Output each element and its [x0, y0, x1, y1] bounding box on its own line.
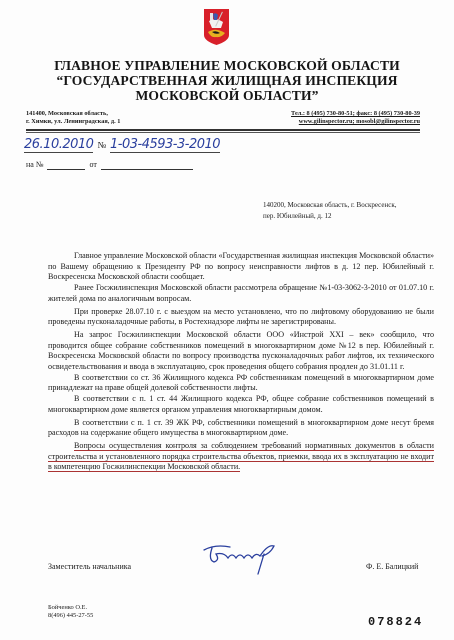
- sender-address-line: 141400, Московская область,: [26, 110, 120, 118]
- body-paragraph: Главное управление Московской области «Г…: [48, 251, 434, 283]
- letter-body: Главное управление Московской области «Г…: [48, 251, 434, 473]
- phone-fax: Тел.: 8 (495) 730-80-51; факс: 8 (495) 7…: [291, 110, 420, 118]
- from-label: от: [89, 160, 96, 169]
- header-divider-thin: [26, 132, 420, 133]
- executor-name: Бойченко О.Е.: [48, 604, 93, 612]
- org-title-line-3: МОСКОВСКОЙ ОБЛАСТИ”: [0, 88, 454, 103]
- reply-date-blank: [101, 160, 193, 170]
- recipient-address: 140200, Московская область, г. Воскресен…: [263, 200, 396, 222]
- recipient-address-line: пер. Юбилейный, д. 12: [263, 211, 396, 222]
- org-title-line-1: ГЛАВНОЕ УПРАВЛЕНИЕ МОСКОВСКОЙ ОБЛАСТИ: [0, 58, 454, 73]
- signatory-name: Ф. Е. Балицкий: [366, 562, 418, 571]
- executor-info: Бойченко О.Е. 8(496) 445-27-55: [48, 604, 93, 620]
- coat-of-arms-icon: [203, 8, 230, 46]
- sender-address-line: г. Химки, ул. Ленинградская, д. 1: [26, 118, 120, 126]
- body-paragraph: При проверке 28.07.10 г. с выездом на ме…: [48, 307, 434, 328]
- executor-phone: 8(496) 445-27-55: [48, 612, 93, 620]
- signatory-position: Заместитель начальника: [48, 562, 131, 571]
- body-paragraph: В соответствии с п. 1 ст. 44 Жилищного к…: [48, 394, 434, 415]
- handwritten-number: 1-03-4593-3-2010: [110, 137, 220, 153]
- number-label: №: [97, 140, 106, 150]
- form-serial-number: 078824: [368, 615, 423, 629]
- body-paragraph-underlined: Вопросы осуществления контроля за соблюд…: [48, 441, 434, 473]
- org-title-line-2: “ГОСУДАРСТВЕННАЯ ЖИЛИЩНАЯ ИНСПЕКЦИЯ: [0, 73, 454, 88]
- body-paragraph: В соответствии со ст. 36 Жилищного кодек…: [48, 373, 434, 394]
- recipient-address-line: 140200, Московская область, г. Воскресен…: [263, 200, 396, 211]
- reply-reference-line: на № от: [26, 160, 193, 170]
- reply-to-label: на №: [26, 160, 43, 169]
- handwritten-signature-icon: [200, 540, 285, 575]
- body-paragraph: Ранее Госжилинспекция Московской области…: [48, 283, 434, 304]
- header-divider: [26, 129, 420, 131]
- body-paragraph: В соответствии с п. 1 ст. 39 ЖК РФ, собс…: [48, 418, 434, 439]
- underlined-text: Вопросы осуществления контроля за соблюд…: [48, 441, 434, 472]
- web-email-link[interactable]: www.gilinspector.ru; mosobl@gilinspector…: [291, 118, 420, 126]
- body-paragraph: На запрос Госжилинспекции Московской обл…: [48, 330, 434, 373]
- registration-line: 26.10.2010 № 1-03-4593-3-2010: [24, 135, 220, 153]
- handwritten-date: 26.10.2010: [24, 137, 93, 153]
- sender-address: 141400, Московская область, г. Химки, ул…: [26, 110, 120, 126]
- reply-number-blank: [47, 160, 85, 170]
- sender-contacts: Тел.: 8 (495) 730-80-51; факс: 8 (495) 7…: [291, 110, 420, 126]
